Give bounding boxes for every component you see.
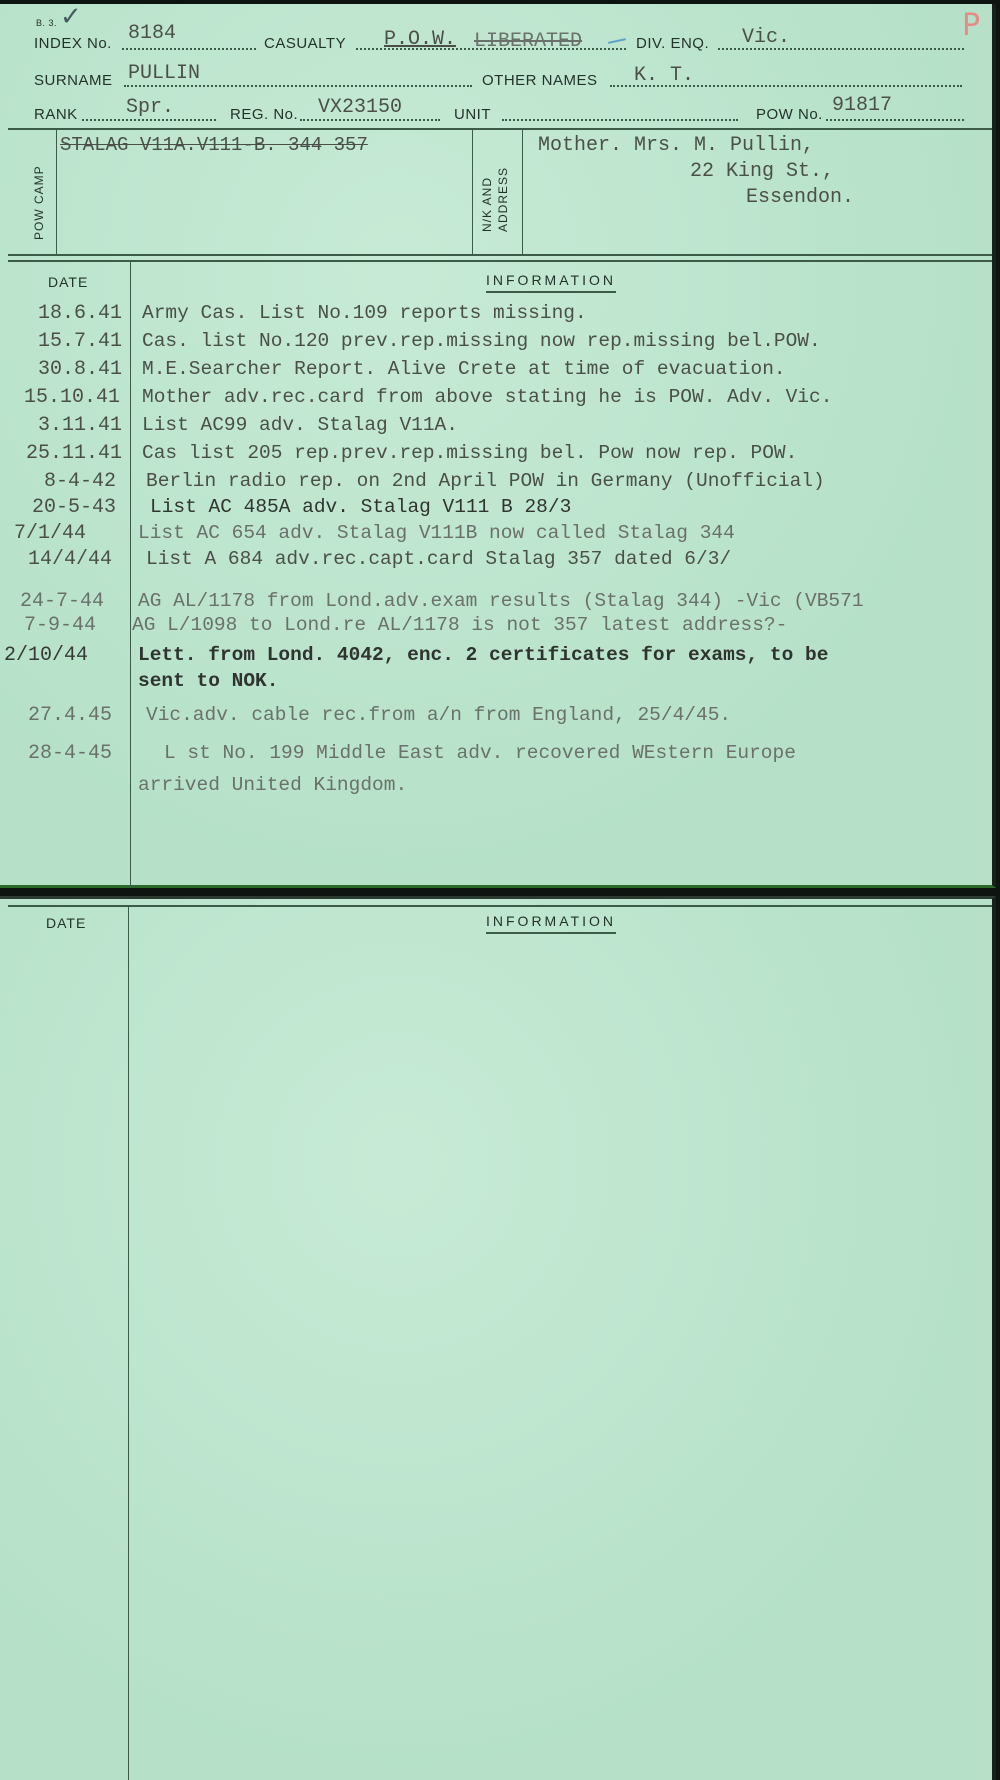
div-enq-label: DIV. ENQ. <box>636 35 709 52</box>
surname-dotted-line <box>124 85 472 87</box>
reg-no-dotted-line <box>300 119 440 121</box>
row-info: List AC99 adv. Stalag V11A. <box>142 414 458 436</box>
nk-label-line1: N/K AND <box>480 177 495 232</box>
pow-no-value: 91817 <box>832 94 892 117</box>
row-info: Lett. from Lond. 4042, enc. 2 certificat… <box>138 644 828 666</box>
row-info: Vic.adv. cable rec.from a/n from England… <box>146 704 731 726</box>
row-info: Berlin radio rep. on 2nd April POW in Ge… <box>146 470 825 492</box>
row-date: 8-4-42 <box>44 470 116 493</box>
other-names-value: K. T. <box>634 64 694 87</box>
row-date: 15.7.41 <box>38 330 122 353</box>
row-info: AG L/1098 to Lond.re AL/1178 is not 357 … <box>132 614 787 636</box>
nk-label-line2: ADDRESS <box>496 167 511 232</box>
row-date: 14/4/44 <box>28 548 112 571</box>
box-bottom-rule-2 <box>8 260 992 262</box>
row-info: Army Cas. List No.109 reports missing. <box>142 302 587 324</box>
index-dotted-line <box>122 48 256 50</box>
check-mark-icon: ✓ <box>60 2 82 32</box>
nk-address-line2: 22 King St., <box>690 160 834 183</box>
casualty-value-struck: LIBERATED <box>474 30 582 53</box>
row-info: List AC 485A adv. Stalag V111 B 28/3 <box>150 496 571 518</box>
back-information-header: INFORMATION <box>486 913 616 934</box>
row-date: 3.11.41 <box>38 414 122 437</box>
casualty-value: P.O.W. <box>384 28 456 51</box>
row-info-continued: sent to NOK. <box>138 670 278 692</box>
row-info: L st No. 199 Middle East adv. recovered … <box>164 742 796 764</box>
date-header: DATE <box>48 274 88 290</box>
surname-label: SURNAME <box>34 72 113 89</box>
box-bottom-rule-1 <box>8 254 992 256</box>
row-date: 28-4-45 <box>28 742 112 765</box>
row-date: 15.10.41 <box>24 386 120 409</box>
row-info: M.E.Searcher Report. Alive Crete at time… <box>142 358 786 380</box>
pow-camp-divider <box>56 130 57 254</box>
date-column-divider <box>130 262 131 888</box>
row-info: Cas list 205 rep.prev.rep.missing bel. P… <box>142 442 797 464</box>
row-date: 7/1/44 <box>14 522 86 545</box>
row-info-continued: arrived United Kingdom. <box>138 774 407 796</box>
row-info: Mother adv.rec.card from above stating h… <box>142 386 832 408</box>
other-names-label: OTHER NAMES <box>482 72 598 89</box>
box-top-rule <box>8 128 992 130</box>
pow-no-dotted-line <box>826 119 964 121</box>
row-info: Cas. list No.120 prev.rep.missing now re… <box>142 330 821 352</box>
unit-label: UNIT <box>454 106 491 123</box>
index-label: INDEX No. <box>34 35 112 52</box>
blue-pen-mark <box>608 38 626 44</box>
row-date: 20-5-43 <box>32 496 116 519</box>
margin-mark-p: P <box>962 8 980 43</box>
reg-no-label: REG. No. <box>230 106 298 123</box>
rank-label: RANK <box>34 106 78 123</box>
reg-no-value: VX23150 <box>318 96 402 119</box>
div-enq-value: Vic. <box>742 26 790 49</box>
information-header: INFORMATION <box>486 272 616 293</box>
nk-address-line3: Essendon. <box>746 186 854 209</box>
row-date: 27.4.45 <box>28 704 112 727</box>
nk-divider-right <box>522 130 523 254</box>
row-info: AG AL/1178 from Lond.adv.exam results (S… <box>138 590 864 612</box>
pow-camp-label: POW CAMP <box>32 165 47 240</box>
rank-dotted-line <box>82 119 216 121</box>
row-date: 7-9-44 <box>24 614 96 637</box>
row-info: List A 684 adv.rec.capt.card Stalag 357 … <box>146 548 731 570</box>
row-date: 2/10/44 <box>4 644 88 667</box>
card-front: B. 3. ✓ P INDEX No. 8184 CASUALTY P.O.W.… <box>0 4 996 888</box>
nk-address-line1: Mother. Mrs. M. Pullin, <box>538 134 814 157</box>
casualty-label: CASUALTY <box>264 35 346 52</box>
row-date: 24-7-44 <box>20 590 104 613</box>
row-date: 30.8.41 <box>38 358 122 381</box>
row-date: 18.6.41 <box>38 302 122 325</box>
back-top-rule <box>8 905 992 907</box>
nk-divider-left <box>472 130 473 254</box>
form-code: B. 3. <box>36 18 57 28</box>
unit-dotted-line <box>502 119 738 121</box>
surname-value: PULLIN <box>128 62 200 85</box>
card-back: DATE INFORMATION <box>0 896 996 1780</box>
index-value: 8184 <box>128 22 176 45</box>
back-date-column-divider <box>128 907 129 1780</box>
back-date-header: DATE <box>46 915 86 931</box>
row-info: List AC 654 adv. Stalag V111B now called… <box>138 522 735 544</box>
pow-camp-value: STALAG V11A.V111-B. 344 357 <box>60 134 368 156</box>
row-date: 25.11.41 <box>26 442 122 465</box>
pow-no-label: POW No. <box>756 106 823 123</box>
rank-value: Spr. <box>126 96 174 119</box>
